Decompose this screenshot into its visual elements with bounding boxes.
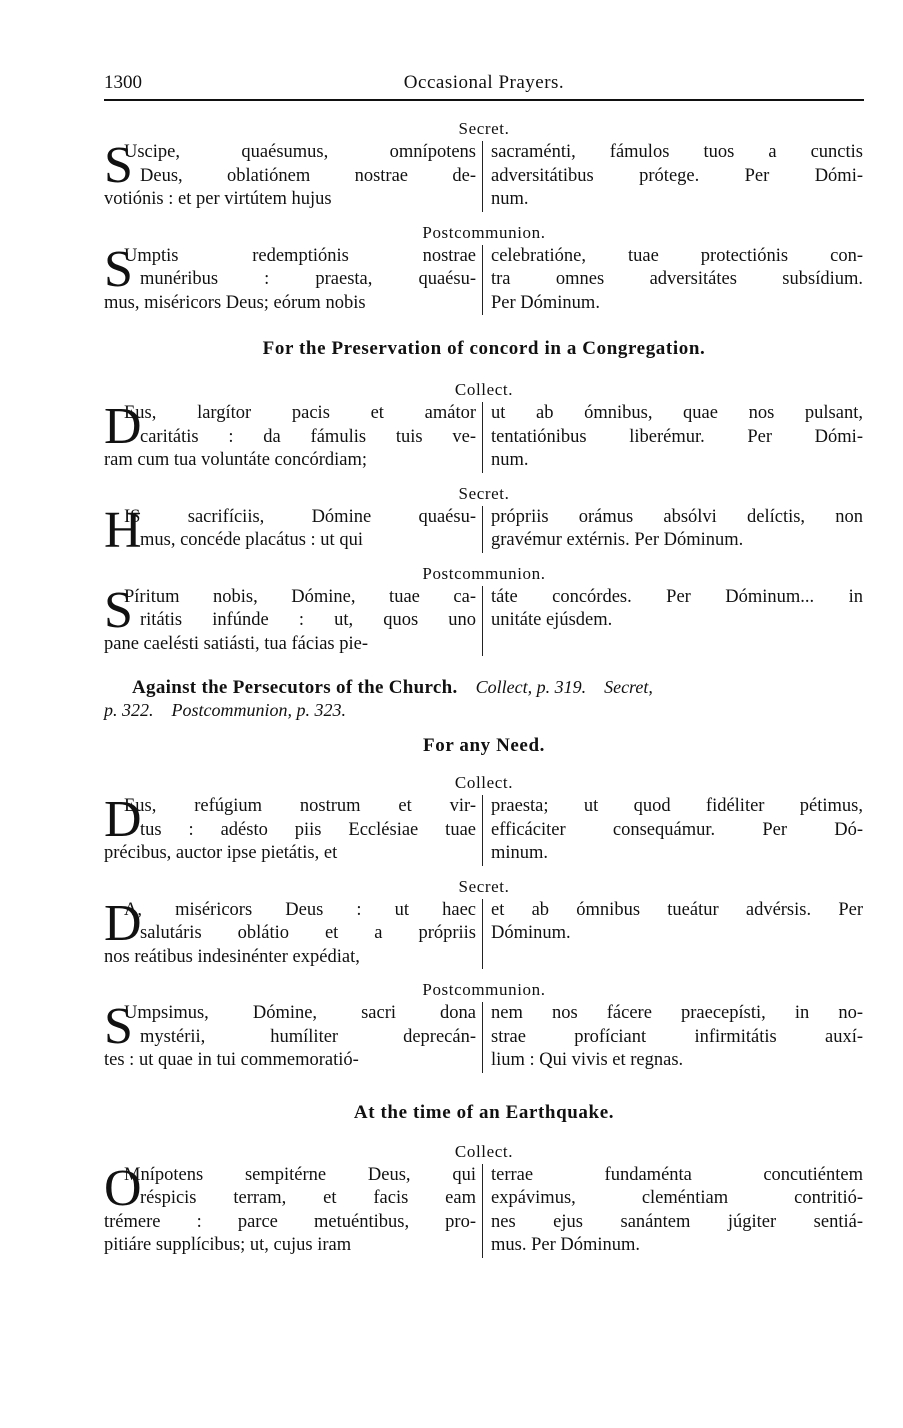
left-column: SUmptis redemptiónis nostraemunéribus : … <box>104 245 483 316</box>
prayer-label: Postcommunion. <box>104 222 864 244</box>
prayer-label: Collect. <box>104 1141 864 1163</box>
prayer-text: SUscipe, quaésumus, omnípotensDeus, obla… <box>104 141 864 212</box>
prayer-text: DA, miséricors Deus : ut haecsalutáris o… <box>104 899 864 970</box>
text-line: expávimus, cleméntiam contritió- <box>491 1187 863 1211</box>
text-line: celebratióne, tuae protectiónis con- <box>491 245 863 269</box>
prayer-text: SUmpsimus, Dómine, sacri donamystérii, h… <box>104 1002 864 1073</box>
ref-secret-page: p. 322. <box>104 700 154 720</box>
text-line: votiónis : et per virtútem hujus <box>104 188 476 212</box>
text-line: própriis orámus absólvi delíctis, non <box>491 506 863 530</box>
left-column: SUscipe, quaésumus, omnípotensDeus, obla… <box>104 141 483 212</box>
text-line: mus. Per Dóminum. <box>491 1234 863 1258</box>
text-line: num. <box>491 449 863 473</box>
text-line: gravémur extérnis. Per Dóminum. <box>491 529 863 553</box>
text-line <box>491 946 863 970</box>
prayer-text: DEus, largítor pacis et amátorcaritátis … <box>104 402 864 473</box>
ref-collect: Collect, p. 319. <box>476 677 587 697</box>
prayer-text: HIS sacrifíciis, Dómine quaésu-mus, conc… <box>104 506 864 553</box>
left-column: SPíritum nobis, Dómine, tuae ca-ritátis … <box>104 586 483 657</box>
right-column: praesta; ut quod fidéliter pétimus,effic… <box>483 795 863 866</box>
text-line: efficáciter consequámur. Per Dó- <box>491 819 863 843</box>
text-line: A, miséricors Deus : ut haec <box>104 899 476 923</box>
text-line <box>491 633 863 657</box>
text-line: IS sacrifíciis, Dómine quaésu- <box>104 506 476 530</box>
drop-cap: H <box>104 508 142 554</box>
prayer-text: OMnípotens sempitérne Deus, quiréspicis … <box>104 1164 864 1258</box>
drop-cap: S <box>104 588 133 634</box>
left-column: HIS sacrifíciis, Dómine quaésu-mus, conc… <box>104 506 483 553</box>
prayer-label: Secret. <box>104 118 864 140</box>
text-line: mus, miséricors Deus; eórum nobis <box>104 292 476 316</box>
text-line: adversitátibus prótege. Per Dómi- <box>491 165 863 189</box>
right-column: et ab ómnibus tueátur advérsis. PerDómin… <box>483 899 863 970</box>
right-column: terrae fundaménta concutiéntemexpávimus,… <box>483 1164 863 1258</box>
right-column: própriis orámus absólvi delíctis, nongra… <box>483 506 863 553</box>
note-line2: p. 322. Postcommunion, p. 323. <box>104 700 346 720</box>
text-line: nem nos fácere praecepísti, in no- <box>491 1002 863 1026</box>
note-title: Against the Persecutors of the Church. <box>132 677 458 698</box>
text-line: mystérii, humíliter deprecán- <box>104 1026 476 1050</box>
text-line: Píritum nobis, Dómine, tuae ca- <box>104 586 476 610</box>
text-line: terrae fundaménta concutiéntem <box>491 1164 863 1188</box>
text-line: Mnípotens sempitérne Deus, qui <box>104 1164 476 1188</box>
drop-cap: D <box>104 901 142 947</box>
text-line: caritátis : da fámulis tuis ve- <box>104 426 476 450</box>
text-line: Eus, largítor pacis et amátor <box>104 402 476 426</box>
right-column: sacraménti, fámulos tuos a cunctisadvers… <box>483 141 863 212</box>
text-line: Eus, refúgium nostrum et vir- <box>104 795 476 819</box>
text-line: lium : Qui vivis et regnas. <box>491 1049 863 1073</box>
text-line: nos reátibus indesinénter expédiat, <box>104 946 476 970</box>
text-line: Dóminum. <box>491 922 863 946</box>
text-line: Deus, oblatiónem nostrae de- <box>104 165 476 189</box>
text-line: táte concórdes. Per Dóminum... in <box>491 586 863 610</box>
text-line: réspicis terram, et facis eam <box>104 1187 476 1211</box>
text-line: tes : ut quae in tui commemoratió- <box>104 1049 476 1073</box>
text-line: ut ab ómnibus, quae nos pulsant, <box>491 402 863 426</box>
text-line: ram cum tua voluntáte concórdiam; <box>104 449 476 473</box>
prayer-label: Postcommunion. <box>104 979 864 1001</box>
prayer-label: Secret. <box>104 483 864 505</box>
prayer-label: Postcommunion. <box>104 563 864 585</box>
drop-cap: S <box>104 143 133 189</box>
section-heading: For any Need. <box>104 734 864 758</box>
text-line: num. <box>491 188 863 212</box>
text-line: salutáris oblátio et a própriis <box>104 922 476 946</box>
drop-cap: S <box>104 247 133 293</box>
drop-cap: D <box>104 797 142 843</box>
text-line: pane caelésti satiásti, tua fácias pie- <box>104 633 476 657</box>
text-line: pitiáre supplícibus; ut, cujus iram <box>104 1234 476 1258</box>
prayer-text: SPíritum nobis, Dómine, tuae ca-ritátis … <box>104 586 864 657</box>
text-line: Uscipe, quaésumus, omnípotens <box>104 141 476 165</box>
page-content: Secret.SUscipe, quaésumus, omnípotensDeu… <box>104 118 864 1258</box>
prayer-text: DEus, refúgium nostrum et vir-tus : adés… <box>104 795 864 866</box>
text-line: Umptis redemptiónis nostrae <box>104 245 476 269</box>
page-header: 1300 Occasional Prayers. <box>104 66 864 94</box>
section-heading: For the Preservation of concord in a Con… <box>104 337 864 361</box>
text-line: et ab ómnibus tueátur advérsis. Per <box>491 899 863 923</box>
text-line: tentatiónibus liberémur. Per Dómi- <box>491 426 863 450</box>
text-line: nes ejus sanántem júgiter sentiá- <box>491 1211 863 1235</box>
left-column: SUmpsimus, Dómine, sacri donamystérii, h… <box>104 1002 483 1073</box>
prayer-label: Collect. <box>104 772 864 794</box>
drop-cap: D <box>104 404 142 450</box>
text-line: tus : adésto piis Ecclésiae tuae <box>104 819 476 843</box>
right-column: táte concórdes. Per Dóminum... inunitáte… <box>483 586 863 657</box>
ref-postcommunion: Postcommunion, p. 323. <box>172 700 347 720</box>
left-column: DEus, refúgium nostrum et vir-tus : adés… <box>104 795 483 866</box>
text-line: sacraménti, fámulos tuos a cunctis <box>491 141 863 165</box>
right-column: nem nos fácere praecepísti, in no-strae … <box>483 1002 863 1073</box>
prayer-label: Collect. <box>104 379 864 401</box>
cross-reference-note: Against the Persecutors of the Church. C… <box>104 676 864 722</box>
drop-cap: S <box>104 1004 133 1050</box>
book-page: 1300 Occasional Prayers. Secret.SUscipe,… <box>104 66 864 1258</box>
right-column: ut ab ómnibus, quae nos pulsant,tentatió… <box>483 402 863 473</box>
section-heading: At the time of an Earthquake. <box>104 1101 864 1125</box>
text-line: mus, concéde placátus : ut qui <box>104 529 476 553</box>
text-line: minum. <box>491 842 863 866</box>
text-line: unitáte ejúsdem. <box>491 609 863 633</box>
text-line: strae profíciant infirmitátis auxí- <box>491 1026 863 1050</box>
header-rule <box>104 99 864 101</box>
text-line: tra omnes adversitátes subsídium. <box>491 268 863 292</box>
running-title: Occasional Prayers. <box>104 72 864 94</box>
left-column: DA, miséricors Deus : ut haecsalutáris o… <box>104 899 483 970</box>
right-column: celebratióne, tuae protectiónis con-tra … <box>483 245 863 316</box>
text-line: trémere : parce metuéntibus, pro- <box>104 1211 476 1235</box>
text-line: précibus, auctor ipse pietátis, et <box>104 842 476 866</box>
text-line: Umpsimus, Dómine, sacri dona <box>104 1002 476 1026</box>
text-line: praesta; ut quod fidéliter pétimus, <box>491 795 863 819</box>
ref-secret: Secret, <box>604 677 653 697</box>
text-line: Per Dóminum. <box>491 292 863 316</box>
prayer-label: Secret. <box>104 876 864 898</box>
left-column: OMnípotens sempitérne Deus, quiréspicis … <box>104 1164 483 1258</box>
left-column: DEus, largítor pacis et amátorcaritátis … <box>104 402 483 473</box>
text-line: munéribus : praesta, quaésu- <box>104 268 476 292</box>
text-line: ritátis infúnde : ut, quos uno <box>104 609 476 633</box>
prayer-text: SUmptis redemptiónis nostraemunéribus : … <box>104 245 864 316</box>
drop-cap: O <box>104 1166 142 1212</box>
